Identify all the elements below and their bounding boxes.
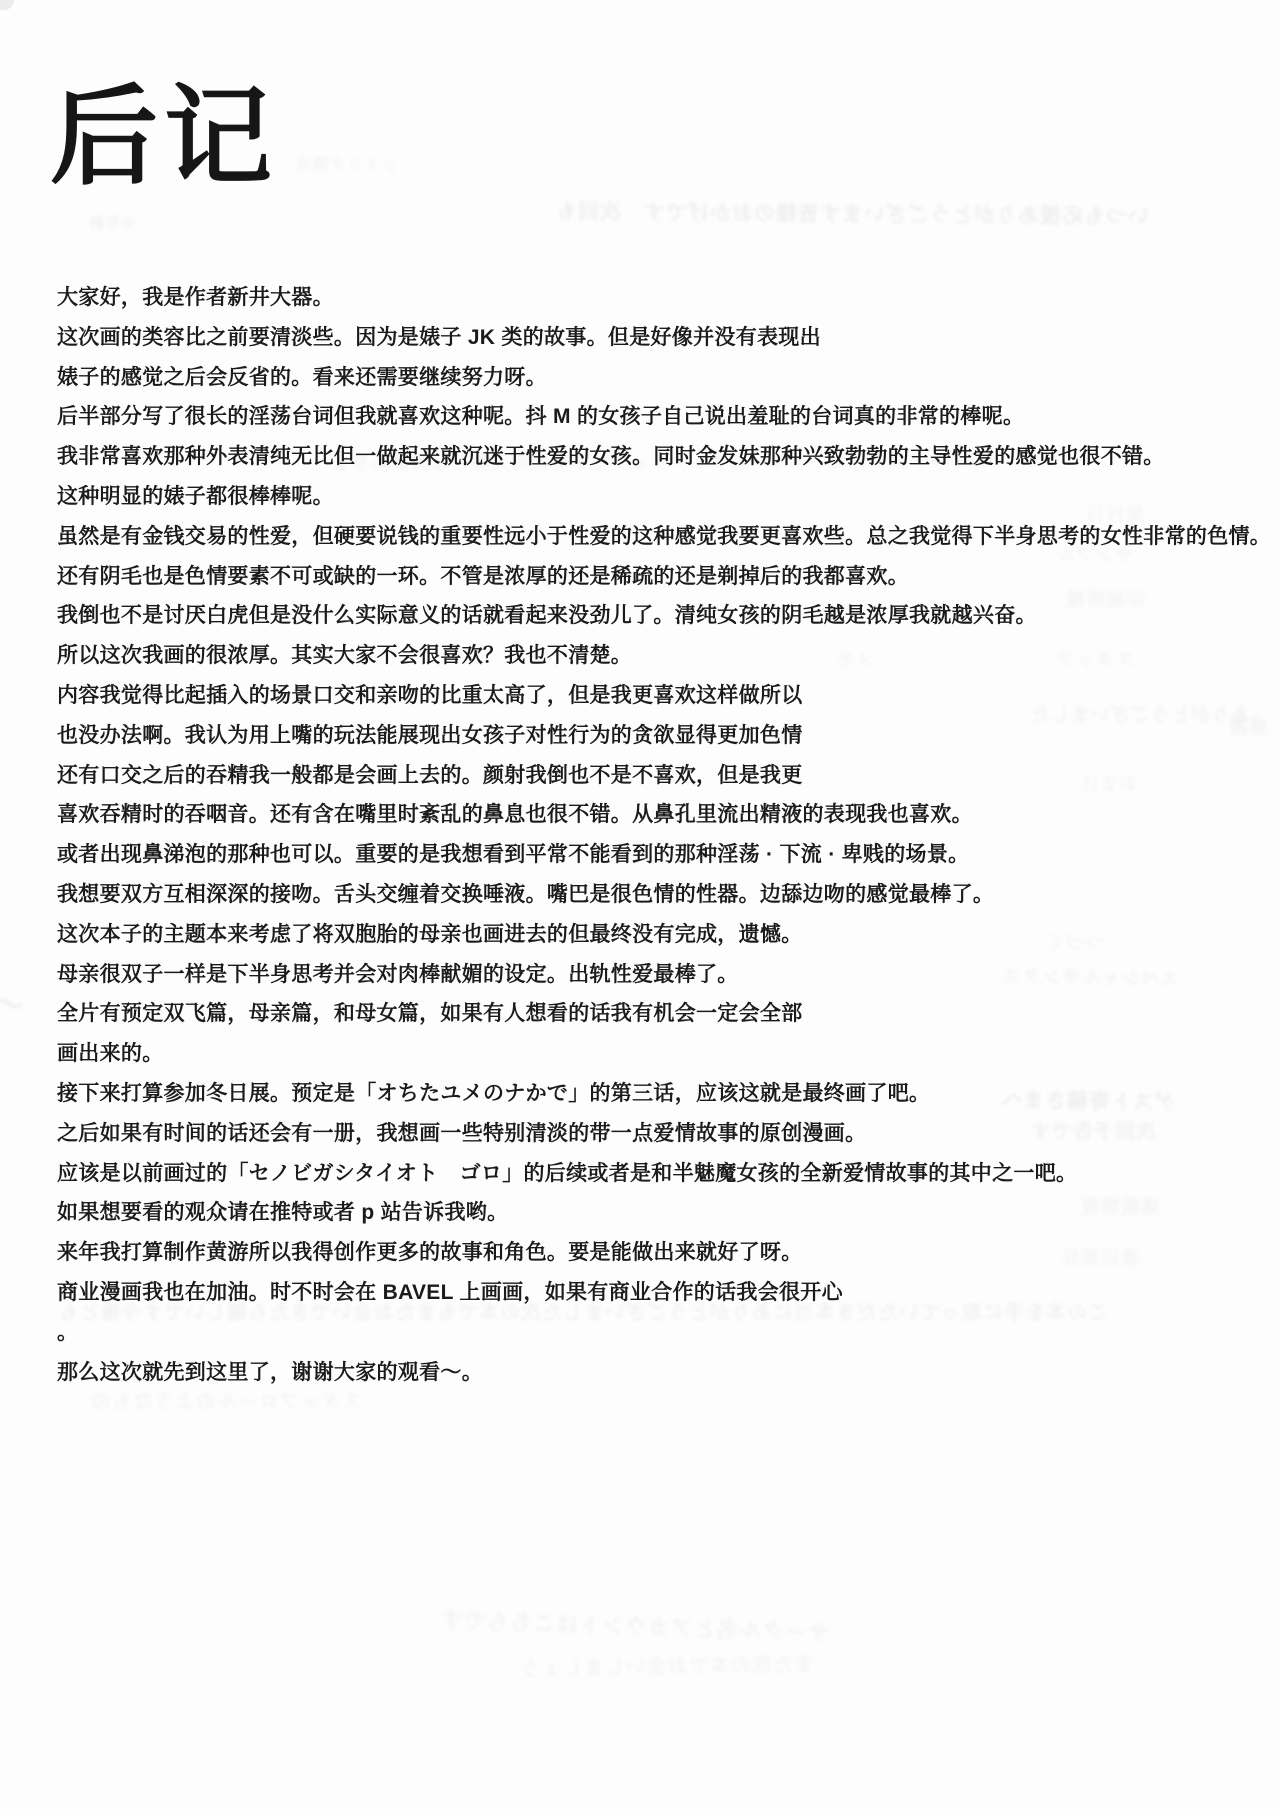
afterword-body: 大家好，我是作者新井大器。这次画的类容比之前要清淡些。因为是婊子 JK 类的故事… (57, 278, 1280, 1392)
body-line: 或者出现鼻涕泡的那种也可以。重要的是我想看到平常不能看到的那种淫荡 · 下流 ·… (57, 835, 1280, 875)
body-line: 接下来打算参加冬日展。预定是「オちたユメのナかで」的第三话，应该这就是最终画了吧… (57, 1074, 1280, 1114)
body-line: 如果想要看的观众请在推特或者 p 站告诉我哟。 (57, 1193, 1280, 1233)
ghost-bleedthrough-text: 〜 (0, 978, 28, 1026)
body-line: 我想要双方互相深深的接吻。舌头交缠着交换唾液。嘴巴是很色情的性器。边舔边吻的感觉… (57, 875, 1280, 915)
afterword-page: シナリオ構成いつも応援ありがとうございます皆様のおかげです 次回も全年齢キャラク… (0, 0, 1280, 1809)
body-line: 那么这次就先到这里了，谢谢大家的观看～。 (57, 1353, 1280, 1393)
body-line: 我非常喜欢那种外表清纯无比但一做起来就沉迷于性爱的女孩。同时金发妹那种兴致勃勃的… (57, 437, 1280, 477)
body-line: 还有口交之后的吞精我一般都是会画上去的。颜射我倒也不是不喜欢，但是我更 (57, 756, 1280, 796)
ghost-bleedthrough-text: いつも応援ありがとうございます皆様のおかげです 次回も (555, 195, 1149, 230)
body-line: 还有阴毛也是色情要素不可或缺的一环。不管是浓厚的还是稀疏的还是剃掉后的我都喜欢。 (57, 557, 1280, 597)
body-line: 虽然是有金钱交易的性爱，但硬要说钱的重要性远小于性爱的这种感觉我要更喜欢些。总之… (57, 517, 1280, 557)
body-line: 。 (57, 1313, 1280, 1353)
ghost-bleedthrough-text: 全年齢 (88, 212, 136, 233)
ghost-bleedthrough-text: また次の本でお会いしましょう (520, 1647, 814, 1681)
body-line: 也没办法啊。我认为用上嘴的玩法能展现出女孩子对性行为的贪欲显得更加色情 (57, 716, 1280, 756)
body-line: 后半部分写了很长的淫荡台词但我就喜欢这种呢。抖 M 的女孩子自己说出羞耻的台词真… (57, 397, 1280, 437)
body-line: 所以这次我画的很浓厚。其实大家不会很喜欢？我也不清楚。 (57, 636, 1280, 676)
ghost-bleedthrough-text: サークル名とアカウントはこちらです (440, 1603, 831, 1648)
body-line: 母亲很双子一样是下半身思考并会对肉棒献媚的设定。出轨性爱最棒了。 (57, 955, 1280, 995)
body-line: 婊子的感觉之后会反省的。看来还需要继续努力呀。 (57, 358, 1280, 398)
body-line: 之后如果有时间的话还会有一册，我想画一些特别清淡的带一点爱情故事的原创漫画。 (57, 1114, 1280, 1154)
ghost-bleedthrough-text: シナリオ構成 (295, 151, 397, 176)
body-line: 商业漫画我也在加油。时不时会在 BAVEL 上画画，如果有商业合作的话我会很开心 (57, 1273, 1280, 1313)
body-line: 这次画的类容比之前要清淡些。因为是婊子 JK 类的故事。但是好像并没有表现出 (57, 318, 1280, 358)
body-line: 应该是以前画过的「セノビガシタイオト ゴロ」的后续或者是和半魅魔女孩的全新爱情故… (57, 1154, 1280, 1194)
body-line: 这次本子的主题本来考虑了将双胞胎的母亲也画进去的但最终没有完成，遗憾。 (57, 915, 1280, 955)
body-line: 喜欢吞精时的吞咽音。还有含在嘴里时紊乱的鼻息也很不错。从鼻孔里流出精液的表现我也… (57, 795, 1280, 835)
page-title: 后记 (50, 78, 278, 197)
body-line: 来年我打算制作黄游所以我得创作更多的故事和角色。要是能做出来就好了呀。 (57, 1233, 1280, 1273)
body-line: 我倒也不是讨厌白虎但是没什么实际意义的话就看起来没劲儿了。清纯女孩的阴毛越是浓厚… (57, 596, 1280, 636)
body-line: 这种明显的婊子都很棒棒呢。 (57, 477, 1280, 517)
body-line: 内容我觉得比起插入的场景口交和亲吻的比重太高了，但是我更喜欢这样做所以 (57, 676, 1280, 716)
body-line: 全片有预定双飞篇，母亲篇，和母女篇，如果有人想看的话我有机会一定会全部 (57, 994, 1280, 1034)
body-line: 大家好，我是作者新井大器。 (57, 278, 1280, 318)
body-line: 画出来的。 (57, 1034, 1280, 1074)
scan-corner-smudge (0, 0, 14, 10)
